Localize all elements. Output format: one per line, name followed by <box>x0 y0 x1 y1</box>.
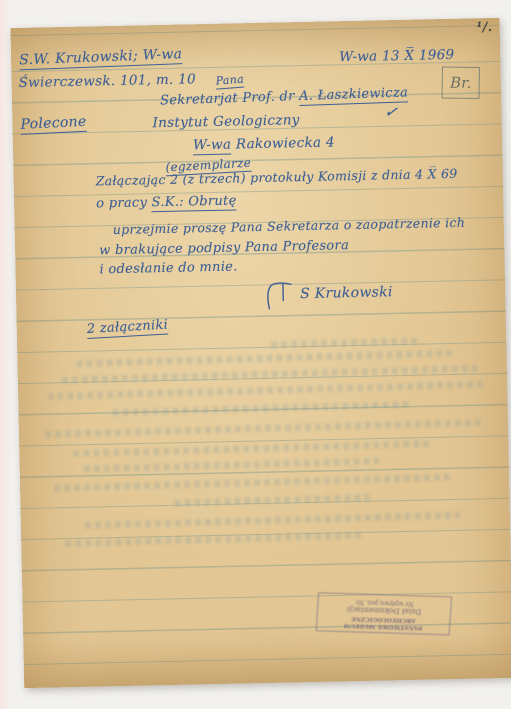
registered-mail-note: Polecone <box>20 114 87 133</box>
recipient-city: W-wa <box>193 137 232 156</box>
recipient-address-line: W-wa Rakowiecka 4 <box>193 134 335 153</box>
check-mark: ✓ <box>383 101 399 121</box>
letter-date: W-wa 13 X̅ 1969 <box>339 47 455 65</box>
site-name: Obrutę <box>184 193 237 211</box>
body-line-3: uprzejmie proszę Pana Sekretarza o zaopa… <box>113 215 466 237</box>
reference-mark: Br. <box>450 74 472 92</box>
insert-word-pana: Pana <box>215 73 244 88</box>
sender-name-text: S.W. Krukowski; W-wa <box>19 46 183 70</box>
recipient-institute: Instytut Geologiczny <box>152 112 299 131</box>
recipient-title: Sekretarjat Prof. dr <box>160 89 300 109</box>
signature: S Krukowski <box>262 276 393 311</box>
body-line-1: Załączając 2 (z trzech) protokuły Komisj… <box>96 166 458 189</box>
signature-name: S Krukowski <box>300 284 393 302</box>
body-line-4: w brakujące podpisy Pana Profesora <box>99 238 349 258</box>
page-number-mark: ¹/. <box>476 20 492 35</box>
paper-sheet: ¹/. S.W. Krukowski; W-wa Świerczewsk. 10… <box>11 18 511 688</box>
scanned-letter: ¹/. S.W. Krukowski; W-wa Świerczewsk. 10… <box>0 0 511 709</box>
body-line-5: i odesłanie do mnie. <box>99 259 237 277</box>
sender-address: Świerczewsk. 101, m. 10 <box>18 71 196 91</box>
sk-abbreviation: S.K.: <box>151 195 184 213</box>
sender-name: S.W. Krukowski; W-wa <box>19 46 183 68</box>
recipient-street: Rakowiecka 4 <box>231 134 335 152</box>
signature-paraph <box>262 278 297 311</box>
recipient-title-line: Sekretarjat Prof. dr A. Łaszkiewicza <box>160 85 408 108</box>
enclosures-note: 2 załączniki <box>86 318 168 338</box>
body-line-2: o pracy S.K.: Obrutę <box>96 193 237 211</box>
archive-stamp: PAŃSTWOWE MUZEUM ARCHEOLOGICZNE Dział Do… <box>316 592 453 635</box>
reference-pencil-box: Br. <box>442 66 480 99</box>
